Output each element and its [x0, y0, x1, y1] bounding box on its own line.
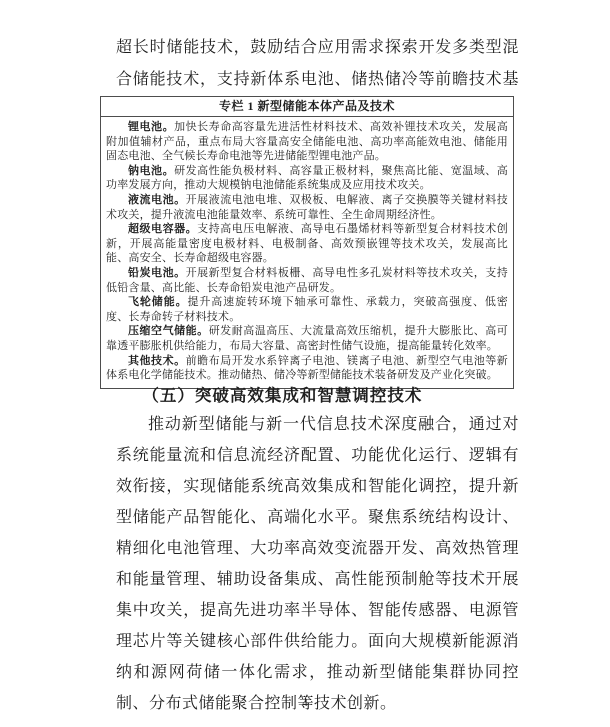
- panel-item-lead-carbon: 铅炭电池。开展新型复合材料板栅、高导电性多孔炭材料等技术攻关，支持低铅含量、高比…: [106, 266, 508, 295]
- panel-item-flow-battery: 液流电池。开展液流电池电堆、双极板、电解液、离子交换膜等关键材料技术攻关，提升液…: [106, 193, 508, 222]
- panel-item-term: 液流电池。: [128, 194, 186, 206]
- panel-item-term: 锂电池。: [128, 121, 174, 133]
- panel-item-term: 钠电池。: [128, 165, 174, 177]
- panel-item-other-tech: 其他技术。前瞻布局开发水系锌离子电池、镁离子电池、新型空气电池等新体系电化学储能…: [106, 354, 508, 383]
- panel-item-flywheel: 飞轮储能。提升高速旋转环境下轴承可靠性、承载力，突破高强度、低密度、长寿命转子材…: [106, 295, 508, 324]
- panel-item-term: 飞轮储能。: [128, 296, 187, 308]
- feature-box-body: 锂电池。加快长寿命高容量先进活性材料技术、高效补锂技术攻关，发展高附加值辅材产品…: [101, 117, 513, 388]
- panel-item-term: 铅炭电池。: [128, 267, 186, 279]
- feature-box: 专栏 1 新型储能本体产品及技术 锂电池。加快长寿命高容量先进活性材料技术、高效…: [100, 96, 514, 389]
- feature-box-title: 专栏 1 新型储能本体产品及技术: [101, 97, 513, 117]
- panel-item-term: 其他技术。: [128, 355, 186, 367]
- document-page: 超长时储能技术，鼓励结合应用需求探索开发多类型混合储能技术，支持新体系电池、储热…: [0, 0, 610, 727]
- panel-item-term: 压缩空气储能。: [128, 325, 209, 337]
- panel-item-compressed-air: 压缩空气储能。研发耐高温高压、大流量高效压缩机，提升大膨胀比、高可靠透平膨胀机供…: [106, 324, 508, 353]
- section-paragraph: 推动新型储能与新一代信息技术深度融合，通过对系统能量流和信息流经济配置、功能优化…: [116, 409, 519, 719]
- page-number: 4: [0, 697, 610, 709]
- panel-item-sodium: 钠电池。研发高性能负极材料、高容量正极材料，聚焦高比能、宽温域、高功率发展方向，…: [106, 164, 508, 193]
- section-heading: （五）突破高效集成和智慧调控技术: [116, 382, 519, 406]
- panel-item-lithium: 锂电池。加快长寿命高容量先进活性材料技术、高效补锂技术攻关，发展高附加值辅材产品…: [106, 120, 508, 164]
- panel-item-term: 超级电容器。: [128, 223, 197, 235]
- panel-item-supercapacitor: 超级电容器。支持高电压电解液、高导电石墨烯材料等新型复合材料技术创新，开展高能量…: [106, 222, 508, 266]
